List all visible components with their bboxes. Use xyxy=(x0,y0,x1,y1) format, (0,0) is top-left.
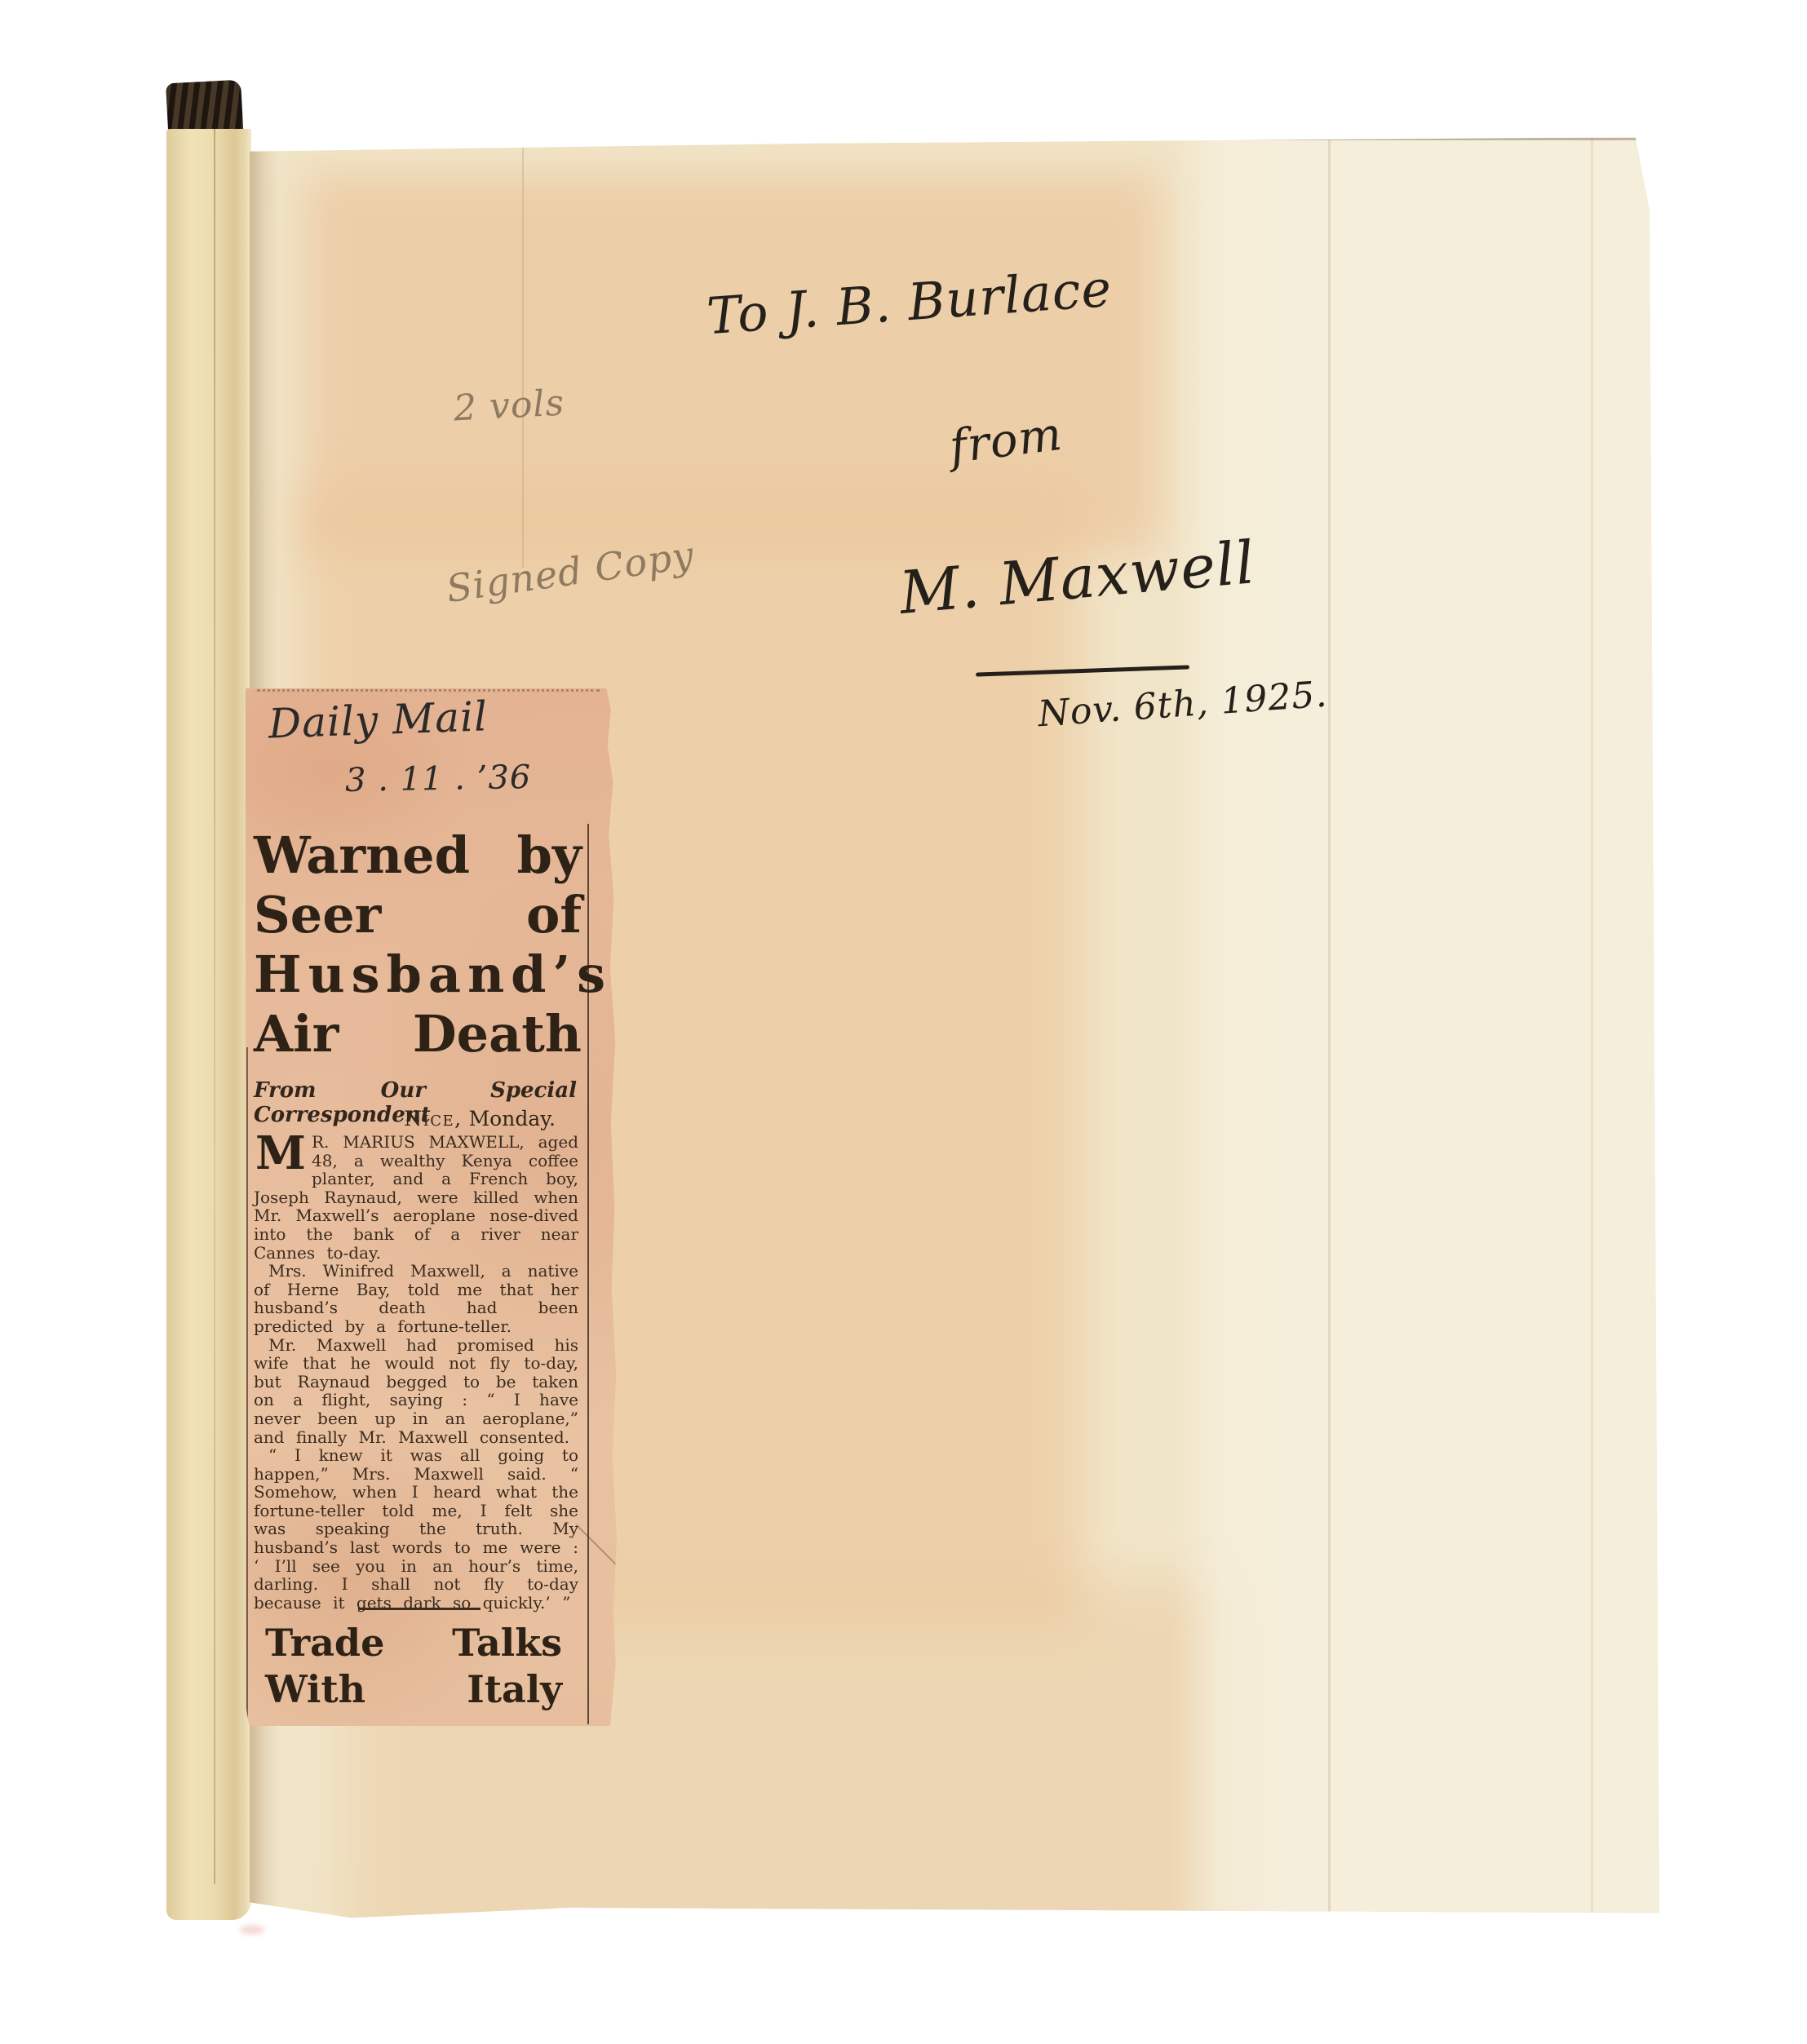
article-headline: Warned by Seer of Husband’s Air Death xyxy=(254,825,582,1064)
article-paragraph: Mr. Maxwell had promised his wife that h… xyxy=(254,1336,578,1447)
clipping-perforated-edge xyxy=(257,689,600,692)
page-top-edge xyxy=(813,138,1636,140)
book-spine xyxy=(166,129,251,1920)
page-light-band xyxy=(1171,135,1659,1918)
headline-line: Husband’s xyxy=(254,945,582,1004)
headline-line: Seer of xyxy=(254,885,582,945)
article-paragraph: “ I knew it was all going to happen,” Mr… xyxy=(254,1446,578,1612)
drop-cap: M xyxy=(254,1133,312,1171)
dateline-place: Nice, xyxy=(404,1107,462,1130)
clipping-date-handwritten: 3 . 11 . ’36 xyxy=(345,759,532,799)
headline-line: Warned by xyxy=(254,825,582,885)
pencil-note-volumes: 2 vols xyxy=(453,382,565,429)
page-crease-line xyxy=(1591,135,1593,1918)
second-headline-line: Trade Talks xyxy=(265,1620,562,1666)
book-photo: To J. B. Burlace from M. Maxwell Nov. 6t… xyxy=(0,0,1807,2044)
article-body: MR. MARIUS MAXWELL, aged 48, a wealthy K… xyxy=(254,1133,578,1612)
column-rule-left xyxy=(246,1047,248,1724)
dateline-day: Monday. xyxy=(463,1107,556,1130)
clipping-source-handwritten: Daily Mail xyxy=(268,692,489,747)
spine-crack-line xyxy=(214,129,215,1884)
headline-line: Air Death xyxy=(254,1004,582,1064)
page-crease-line xyxy=(1328,135,1331,1918)
section-divider-rule xyxy=(358,1608,481,1610)
newspaper-clipping: Daily Mail 3 . 11 . ’36 Warned by Seer o… xyxy=(246,688,618,1726)
page-crease-line xyxy=(522,144,524,568)
spine-smudge xyxy=(240,1925,264,1935)
article-paragraph: Mrs. Winifred Maxwell, a native of Herne… xyxy=(254,1262,578,1335)
second-headline: Trade Talks With Italy xyxy=(265,1620,562,1713)
second-headline-line: With Italy xyxy=(265,1666,562,1713)
article-paragraph: MR. MARIUS MAXWELL, aged 48, a wealthy K… xyxy=(254,1133,578,1262)
